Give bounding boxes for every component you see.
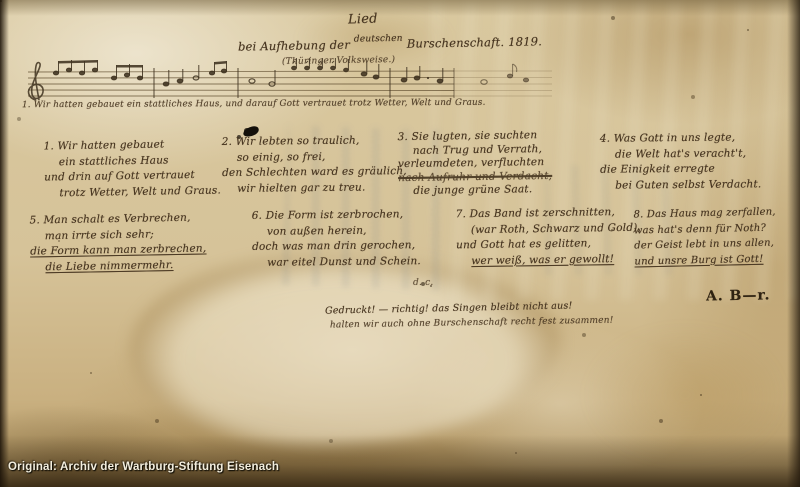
stanza-line-underlined: die Form kann man zerbrechen, <box>30 241 207 260</box>
stanza-8: 8. Das Haus mag zerfallen, was hat's den… <box>633 205 777 270</box>
stanza-line: war eitel Dunst und Schein. <box>252 254 421 271</box>
stanza-line: 4. Was Gott in uns legte, <box>600 130 761 147</box>
stanza-5: 5. Man schalt es Verbrechen, man irrte s… <box>29 210 206 275</box>
stanza-line: den Schlechten ward es gräulich, <box>222 164 407 181</box>
stanza-4: 4. Was Gott in uns legte, die Welt hat's… <box>600 130 762 193</box>
stanza-line: bei Guten selbst Verdacht. <box>600 177 761 194</box>
stanza-line: (war Roth, Schwarz und Gold), <box>456 220 641 238</box>
archive-caption: Original: Archiv der Wartburg-Stiftung E… <box>8 461 279 473</box>
stanza-line: von außen herein, <box>252 223 421 240</box>
stanza-7: 7. Das Band ist zerschnitten, (war Roth,… <box>456 205 642 270</box>
author-signature: A. B—r. <box>706 287 771 304</box>
title-line-2-post: Burschenschaft. 1819. <box>407 34 542 50</box>
stanza-line: 3. Sie lugten, sie suchten <box>398 129 552 145</box>
stanza-line: trotz Wetter, Welt und Graus. <box>44 183 221 202</box>
title-inserted-word: deutschen <box>354 34 403 45</box>
stanza-2: 2. Wir lebten so traulich, so einig, so … <box>222 133 407 197</box>
stanza-line: die Welt hat's veracht't, <box>600 146 761 163</box>
stanza-line: doch was man drin gerochen, <box>252 238 421 255</box>
title-line-1: Lied <box>348 11 378 27</box>
stanza-1: 1. Wir hatten gebauet ein stattliches Ha… <box>43 136 221 201</box>
stanza-line-struck: nach Aufruhr und Verdacht, <box>398 169 552 185</box>
stanza-6: 6. Die Form ist zerbrochen, von außen he… <box>252 207 421 271</box>
stanza-line: 6. Die Form ist zerbrochen, <box>252 207 421 224</box>
stanza-line: 5. Man schalt es Verbrechen, <box>29 210 206 229</box>
stanza-line: die Einigkeit erregte <box>600 161 761 178</box>
stanza-line: wir hielten gar zu treu. <box>222 180 407 197</box>
stanza-line-underlined: die Liebe nimmermehr. <box>30 257 207 276</box>
manuscript-photo: Lied bei Aufhebung derdeutschenBurschens… <box>0 0 800 487</box>
title-line-2-pre: bei Aufhebung der <box>238 38 350 54</box>
da-capo-mark: d. c. <box>413 278 433 288</box>
treble-clef-icon <box>29 63 44 100</box>
stanza-line-underlined: wer weiß, was er gewollt! <box>456 251 641 269</box>
stanza-line: die junge grüne Saat. <box>398 183 552 199</box>
stanza-line-underlined: und unsre Burg ist Gott! <box>634 251 777 269</box>
stanza-3: 3. Sie lugten, sie suchten nach Trug und… <box>398 129 553 199</box>
foxing-specks <box>0 0 2 2</box>
